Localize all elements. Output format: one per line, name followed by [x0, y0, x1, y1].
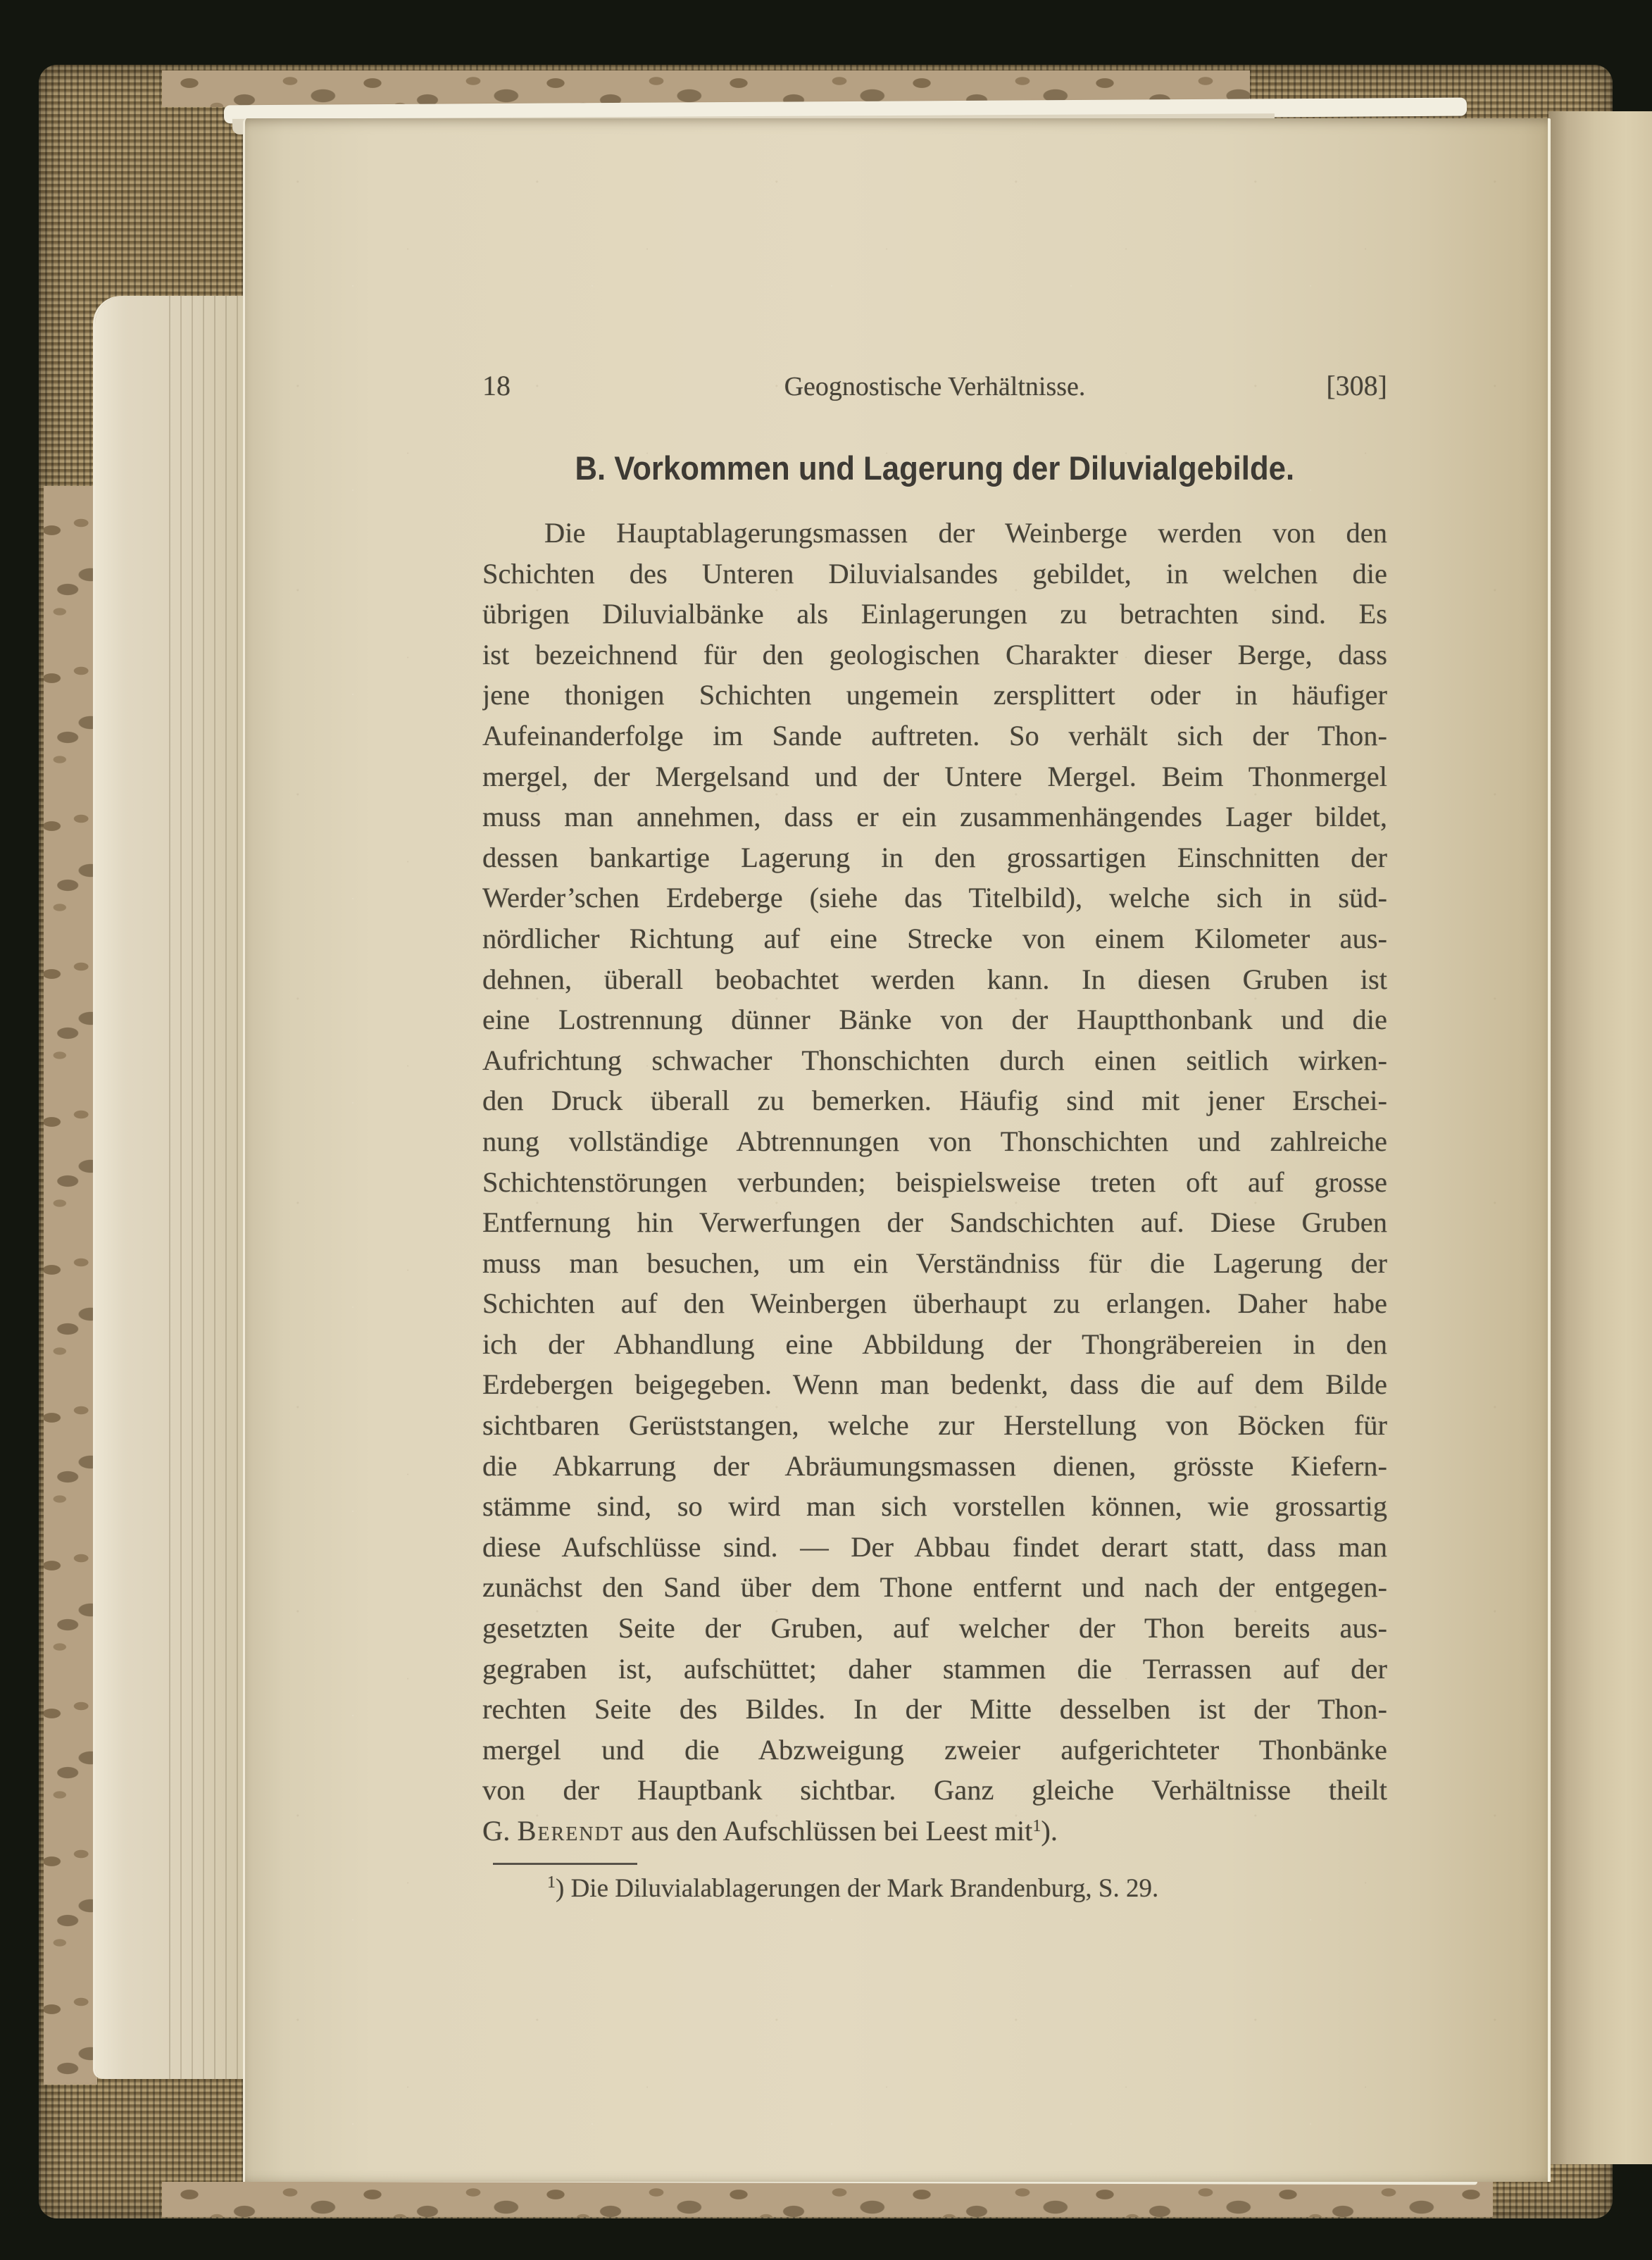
footnote-reference: 1 — [1032, 1817, 1041, 1835]
text-line: diese Aufschlüsse sind. — Der Abbau find… — [482, 1527, 1387, 1568]
text-line: Aufrichtung schwacher Thonschichten durc… — [482, 1040, 1387, 1081]
page-header: 18 Geognostische Verhältnisse. [308] — [482, 369, 1387, 404]
text-line: die Abkarrung der Abräumungsmassen diene… — [482, 1446, 1387, 1487]
text-line: ich der Abhandlung eine Abbildung der Th… — [482, 1324, 1387, 1365]
text-line: gegraben ist, aufschüttet; daher stammen… — [482, 1649, 1387, 1690]
text-line: muss man annehmen, dass er ein zusammenh… — [482, 797, 1387, 837]
text-line: nördlicher Richtung auf eine Strecke von… — [482, 918, 1387, 959]
footnote-marker: 1 — [547, 1873, 556, 1892]
text-line: dehnen, überall beobachtet werden kann. … — [482, 959, 1387, 1000]
text-line: muss man besuchen, um ein Verständniss f… — [482, 1243, 1387, 1284]
printed-text-layer: 18 Geognostische Verhältnisse. [308] B. … — [0, 0, 1652, 2260]
author-name: Berendt — [518, 1815, 624, 1847]
section-heading-text: B. Vorkommen und Lagerung der Diluvialge… — [575, 448, 1295, 489]
text-line: zunächst den Sand über dem Thone entfern… — [482, 1567, 1387, 1608]
text-line: rechten Seite des Bildes. In der Mitte d… — [482, 1689, 1387, 1730]
text-line: Schichten auf den Weinbergen überhaupt z… — [482, 1283, 1387, 1324]
text-line: Die Hauptablagerungsmassen der Weinberge… — [482, 513, 1387, 554]
footnote: 1) Die Diluvialablagerungen der Mark Bra… — [482, 1871, 1387, 1910]
sheet-number: [308] — [1260, 369, 1387, 403]
text-line: eine Lostrennung dünner Bänke von der Ha… — [482, 999, 1387, 1040]
paragraph: Die Hauptablagerungsmassen der Weinberge… — [482, 513, 1387, 1811]
last-line-end: ). — [1041, 1815, 1058, 1847]
text-line: mergel und die Abzweigung zweier aufgeri… — [482, 1730, 1387, 1771]
text-line: übrigen Diluvialbänke als Einlagerungen … — [482, 594, 1387, 635]
last-line-prefix: G. — [482, 1815, 518, 1847]
running-title: Geognostische Verhältnisse. — [609, 370, 1260, 404]
text-line: dessen bankartige Lagerung in den grossa… — [482, 837, 1387, 878]
text-line: stämme sind, so wird man sich vorstellen… — [482, 1486, 1387, 1527]
section-heading: B. Vorkommen und Lagerung der Diluvialge… — [482, 448, 1387, 489]
text-line: Schichtenstörungen verbunden; beispielsw… — [482, 1162, 1387, 1203]
footnote-text: ) Die Diluvialablagerungen der Mark Bran… — [556, 1874, 1158, 1903]
footnote-rule — [493, 1863, 637, 1865]
text-line: von der Hauptbank sichtbar. Ganz gleiche… — [482, 1770, 1387, 1811]
text-line: sichtbaren Gerüststangen, welche zur Her… — [482, 1405, 1387, 1446]
text-line: Werder’schen Erdeberge (siehe das Titelb… — [482, 878, 1387, 918]
text-line: nung vollständige Abtrennungen von Thons… — [482, 1121, 1387, 1162]
text-line: mergel, der Mergelsand und der Untere Me… — [482, 756, 1387, 797]
text-line: gesetzten Seite der Gruben, auf welcher … — [482, 1608, 1387, 1649]
text-line: jene thonigen Schichten ungemein zerspli… — [482, 675, 1387, 716]
text-line: Schichten des Unteren Diluvialsandes geb… — [482, 554, 1387, 594]
body-text: Die Hauptablagerungsmassen der Weinberge… — [482, 513, 1387, 1852]
page-number: 18 — [482, 369, 609, 403]
text-line: den Druck überall zu bemerken. Häufig si… — [482, 1080, 1387, 1121]
text-line: Erdebergen beigegeben. Wenn man bedenkt,… — [482, 1364, 1387, 1405]
text-line: Entfernung hin Verwerfungen der Sandschi… — [482, 1202, 1387, 1243]
text-line: Aufeinanderfolge im Sande auftreten. So … — [482, 716, 1387, 756]
last-line-suffix: aus den Aufschlüssen bei Leest mit — [624, 1815, 1032, 1847]
text-line: G. Berendt aus den Aufschlüssen bei Lees… — [482, 1811, 1387, 1852]
text-line: ist bezeichnend für den geologischen Cha… — [482, 635, 1387, 675]
book-scan: 18 Geognostische Verhältnisse. [308] B. … — [0, 0, 1652, 2260]
